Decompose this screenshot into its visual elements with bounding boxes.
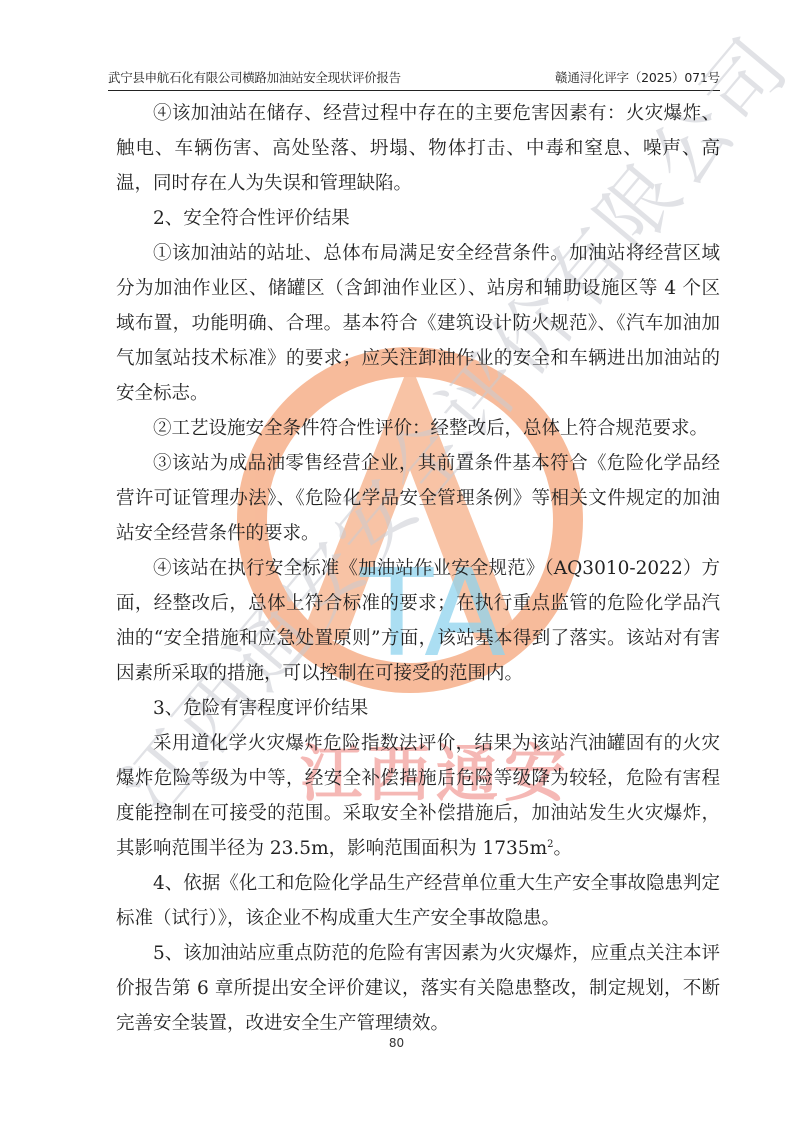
paragraph-prerequisites: ③该站为成品油零售经营企业，其前置条件基本符合《危险化学品经营许可证管理办法》、… <box>116 446 720 551</box>
report-title: 武宁县申航石化有限公司横路加油站安全现状评价报告 <box>108 68 401 86</box>
paragraph-process-facilities: ②工艺设施安全条件符合性评价：经整改后，总体上符合规范要求。 <box>116 411 720 446</box>
paragraph-hazard-factors: ④该加油站在储存、经营过程中存在的主要危害因素有：火灾爆炸、触电、车辆伤害、高处… <box>116 96 720 201</box>
paragraph-major-hazard: 4、依据《化工和危险化学品生产经营单位重大生产安全事故隐患判定标准（试行）》，该… <box>116 866 720 936</box>
page-header: 武宁县申航石化有限公司横路加油站安全现状评价报告 赣通浔化评字（2025）071… <box>108 66 720 91</box>
paragraph-recommendations: 5、该加油站应重点防范的危险有害因素为火灾爆炸，应重点关注本评价报告第 6 章所… <box>116 936 720 1041</box>
paragraph-safety-standard: ④该站在执行安全标准《加油站作业安全规范》（AQ3010-2022）方面，经整改… <box>116 551 720 691</box>
section-heading-safety-compliance: 2、安全符合性评价结果 <box>116 201 720 236</box>
paragraph-site-layout: ①该加油站的站址、总体布局满足安全经营条件。加油站将经营区域分为加油作业区、储罐… <box>116 236 720 411</box>
document-number: 赣通浔化评字（2025）071号 <box>555 68 720 86</box>
dow-index-text: 采用道化学火灾爆炸危险指数法评价，结果为该站汽油罐固有的火灾爆炸危险等级为中等，… <box>116 733 720 859</box>
section-heading-hazard-degree: 3、危险有害程度评价结果 <box>116 691 720 726</box>
paragraph-dow-index: 采用道化学火灾爆炸危险指数法评价，结果为该站汽油罐固有的火灾爆炸危险等级为中等，… <box>116 726 720 866</box>
dow-index-tail: 。 <box>554 838 573 859</box>
document-body: ④该加油站在储存、经营过程中存在的主要危害因素有：火灾爆炸、触电、车辆伤害、高处… <box>116 96 720 1041</box>
